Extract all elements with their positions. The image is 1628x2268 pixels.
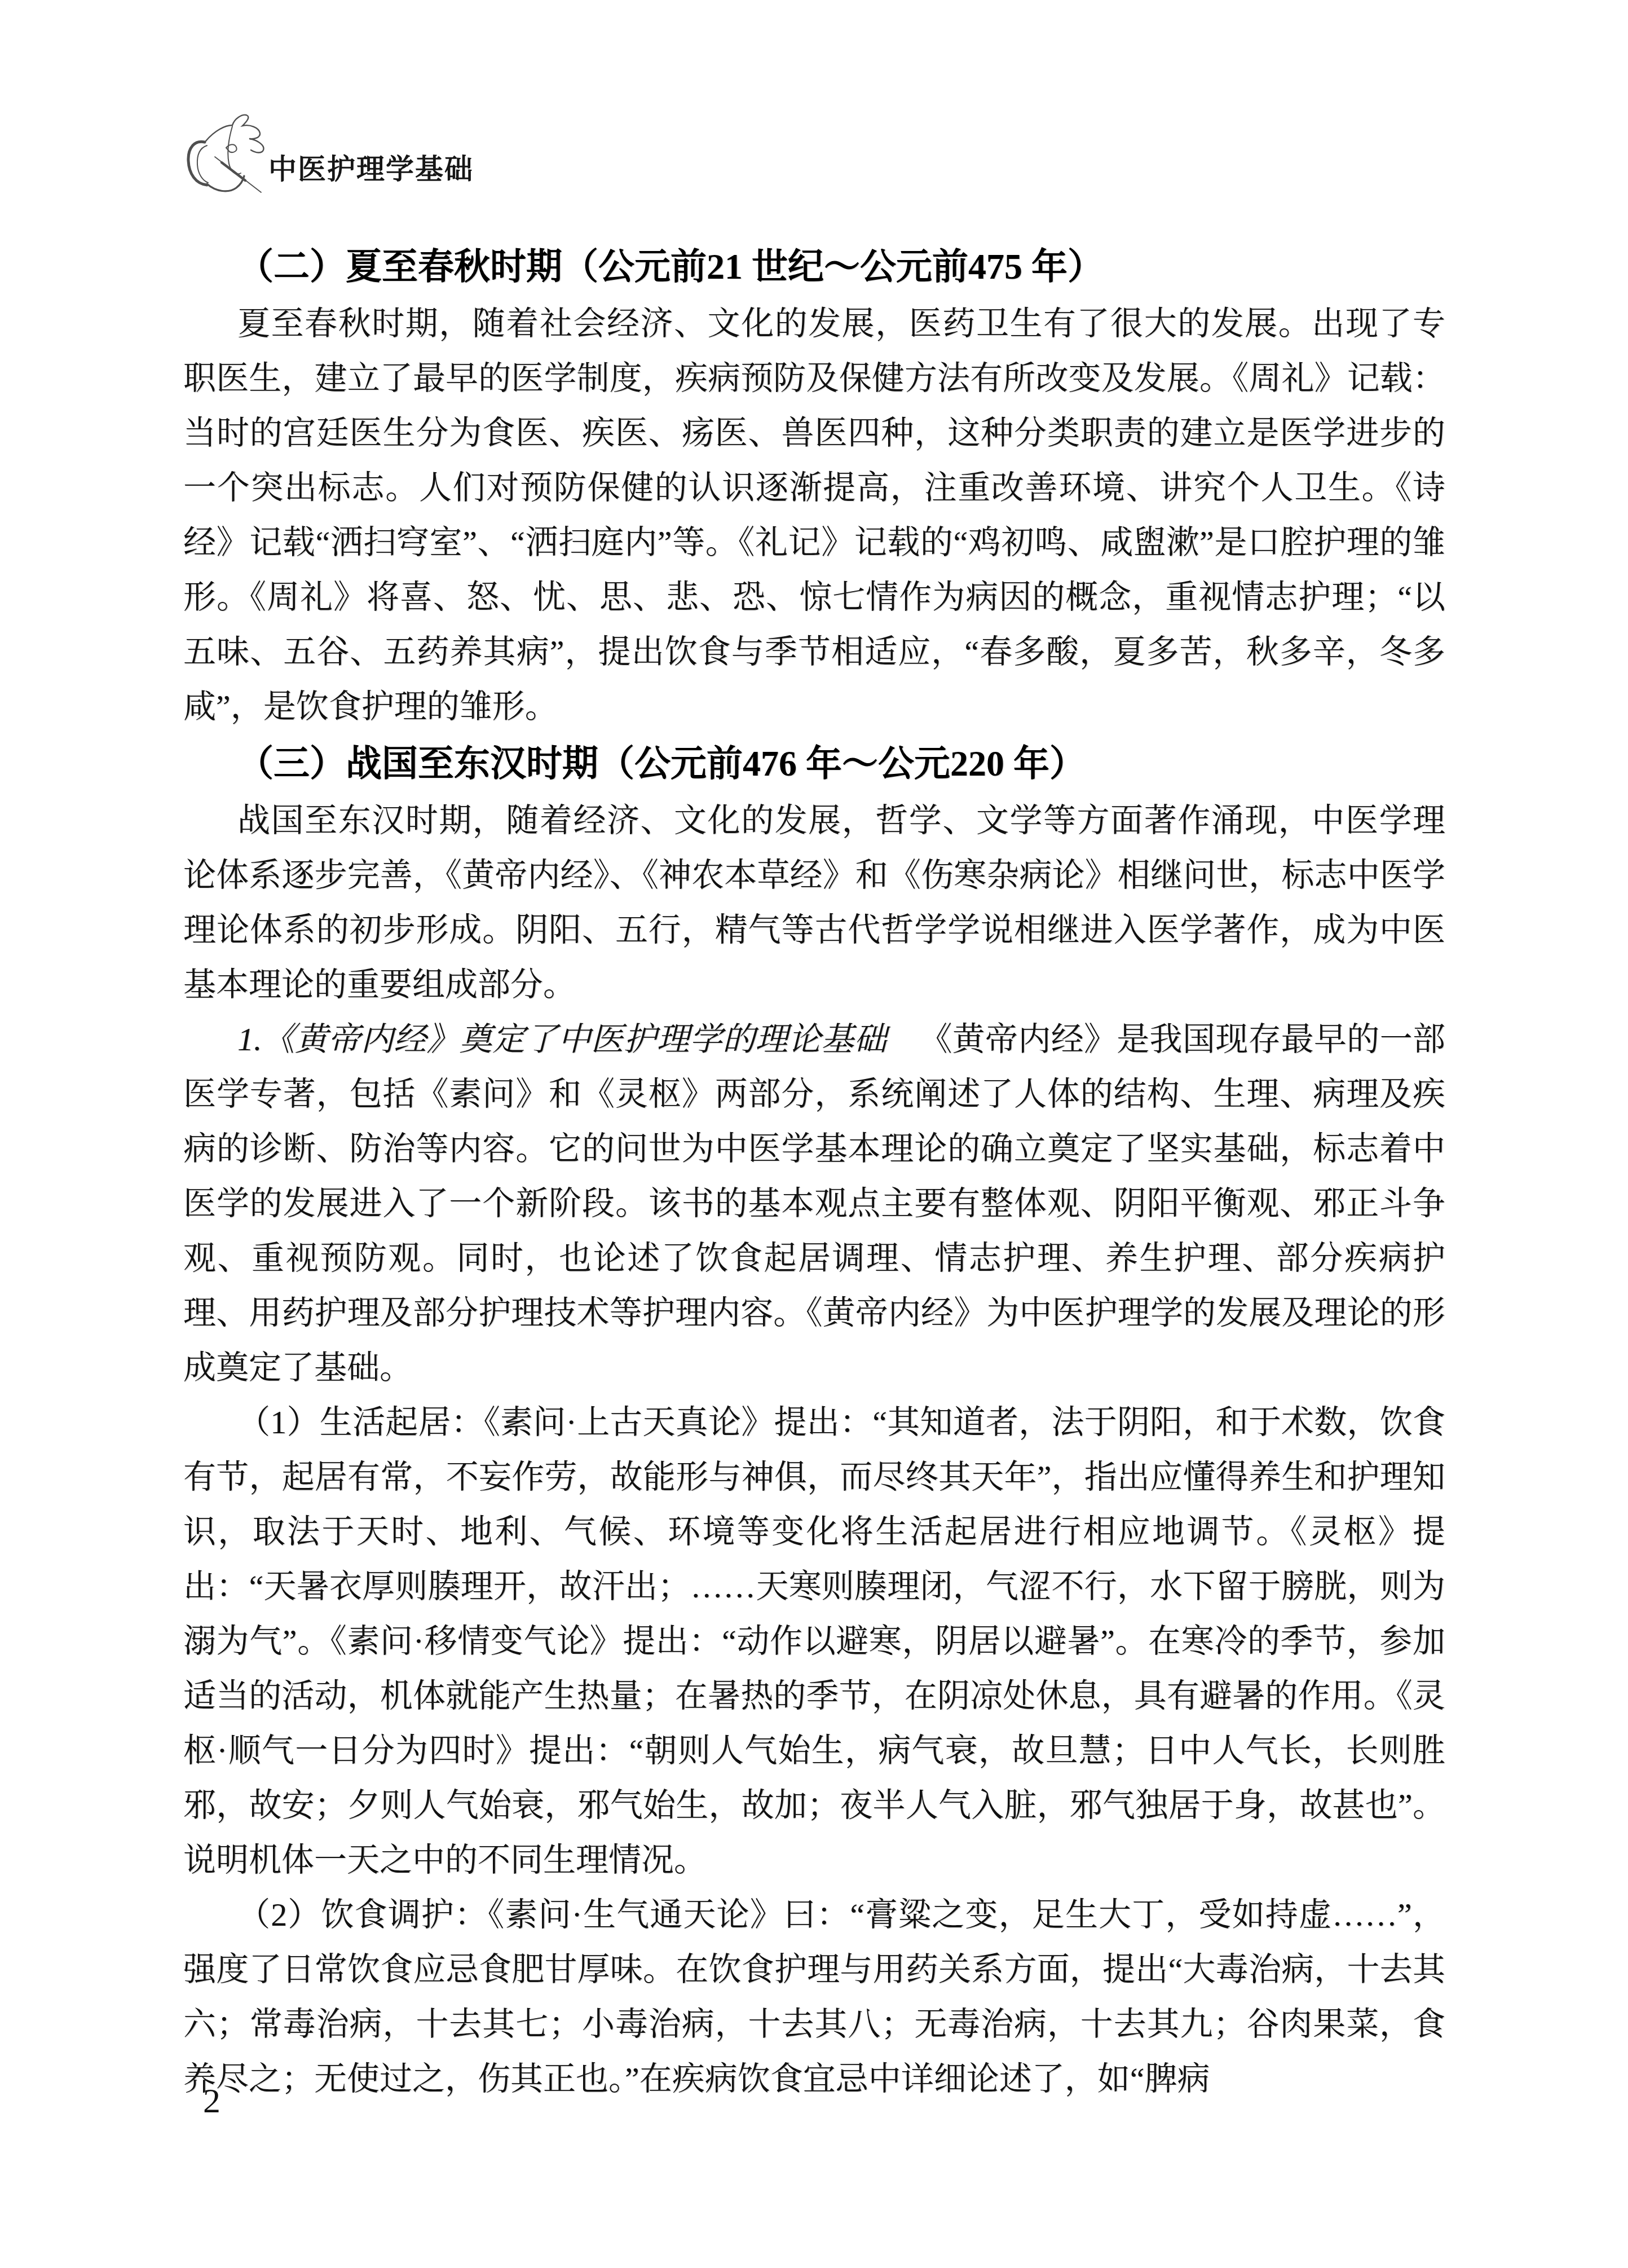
- book-page: 中医护理学基础 （二）夏至春秋时期（公元前21 世纪～公元前475 年） 夏至春…: [0, 0, 1628, 2268]
- paragraph-zhanguo-donghan: 战国至东汉时期，随着经济、文化的发展，哲学、文学等方面著作涌现，中医学理论体系逐…: [183, 793, 1445, 1012]
- section-heading-zhanguo-to-donghan: （三）战国至东汉时期（公元前476 年～公元220 年）: [183, 734, 1445, 793]
- page-number: 2: [203, 2081, 220, 2121]
- item-1-title: 1.《黄帝内经》奠定了中医护理学的理论基础: [237, 1021, 886, 1058]
- paragraph-yinshi-tiaohu: （2）饮食调护：《素问·生气通天论》曰：“膏粱之变，足生大丁，受如持虚……”，强…: [183, 1887, 1445, 2106]
- paragraph-xia-chunqiu: 夏至春秋时期，随着社会经济、文化的发展，医药卫生有了很大的发展。出现了专职医生，…: [183, 296, 1445, 734]
- item-1-body: 《黄帝内经》是我国现存最早的一部医学专著，包括《素问》和《灵枢》两部分，系统阐述…: [183, 1021, 1445, 1386]
- section-heading-xia-to-chunqiu: （二）夏至春秋时期（公元前21 世纪～公元前475 年）: [183, 237, 1445, 296]
- paragraph-shenghuo-qiju: （1）生活起居：《素问·上古天真论》提出：“其知道者，法于阴阳，和于术数，饮食有…: [183, 1395, 1445, 1887]
- page-content: （二）夏至春秋时期（公元前21 世纪～公元前475 年） 夏至春秋时期，随着社会…: [183, 0, 1445, 2106]
- paragraph-huangdineijing: 1.《黄帝内经》奠定了中医护理学的理论基础《黄帝内经》是我国现存最早的一部医学专…: [183, 1012, 1445, 1395]
